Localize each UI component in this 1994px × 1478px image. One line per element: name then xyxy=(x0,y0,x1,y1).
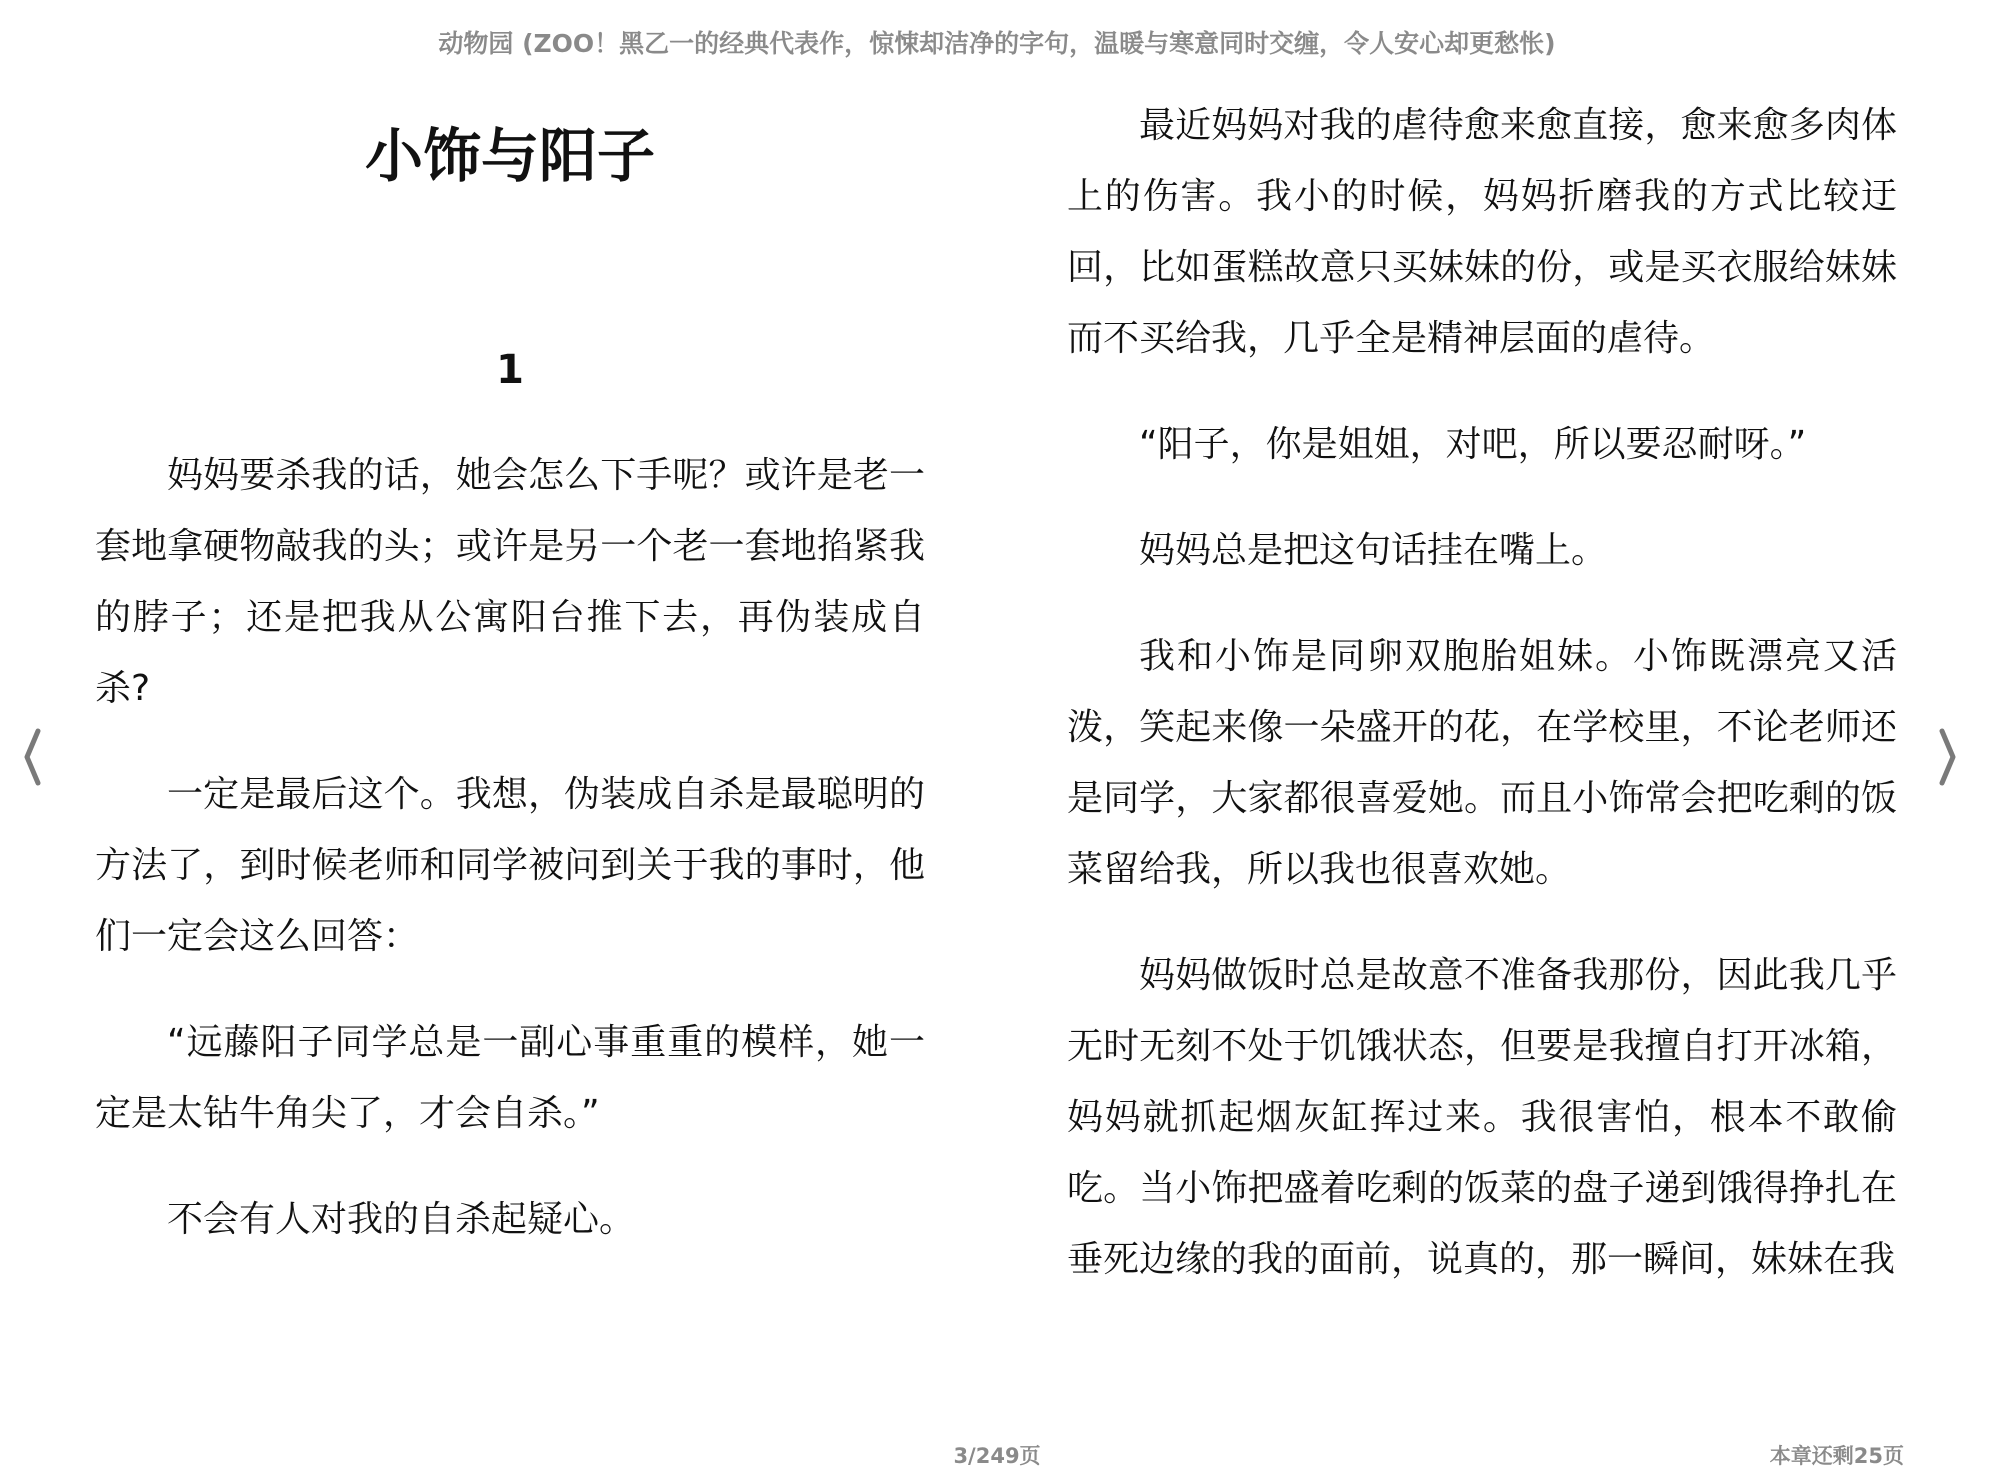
chapter-remaining-pages: 本章还剩25页 xyxy=(1770,1440,1904,1470)
section-number: 1 xyxy=(95,340,925,400)
paragraph: 最近妈妈对我的虐待愈来愈直接，愈来愈多肉体上的伤害。我小的时候，妈妈折磨我的方式… xyxy=(1067,90,1897,374)
chevron-left-icon xyxy=(20,725,44,789)
paragraph: “远藤阳子同学总是一副心事重重的模样，她一定是太钻牛角尖了，才会自杀。” xyxy=(95,1007,925,1149)
page-indicator: 3/249页 xyxy=(0,1440,1994,1470)
paragraph: 妈妈总是把这句话挂在嘴上。 xyxy=(1067,515,1897,586)
paragraph: 不会有人对我的自杀起疑心。 xyxy=(95,1184,925,1255)
paragraph: 一定是最后这个。我想，伪装成自杀是最聪明的方法了，到时候老师和同学被问到关于我的… xyxy=(95,759,925,972)
next-page-button[interactable] xyxy=(1928,722,1968,792)
right-page-content: 最近妈妈对我的虐待愈来愈直接，愈来愈多肉体上的伤害。我小的时候，妈妈折磨我的方式… xyxy=(1067,90,1897,1330)
paragraph: 我和小饰是同卵双胞胎姐妹。小饰既漂亮又活泼，笑起来像一朵盛开的花，在学校里，不论… xyxy=(1067,621,1897,905)
paragraph: 妈妈要杀我的话，她会怎么下手呢？或许是老一套地拿硬物敲我的头；或许是另一个老一套… xyxy=(95,440,925,724)
paragraph: “阳子，你是姐姐，对吧，所以要忍耐呀。” xyxy=(1067,409,1897,480)
left-page-content: 妈妈要杀我的话，她会怎么下手呢？或许是老一套地拿硬物敲我的头；或许是另一个老一套… xyxy=(95,440,925,1290)
chevron-right-icon xyxy=(1936,725,1960,789)
chapter-title: 小饰与阳子 xyxy=(95,118,925,194)
paragraph: 妈妈做饭时总是故意不准备我那份，因此我几乎无时无刻不处于饥饿状态，但要是我擅自打… xyxy=(1067,940,1897,1295)
previous-page-button[interactable] xyxy=(12,722,52,792)
book-title-header: 动物园 (ZOO！黑乙一的经典代表作，惊悚却洁净的字句，温暖与寒意同时交缠，令人… xyxy=(0,24,1994,60)
